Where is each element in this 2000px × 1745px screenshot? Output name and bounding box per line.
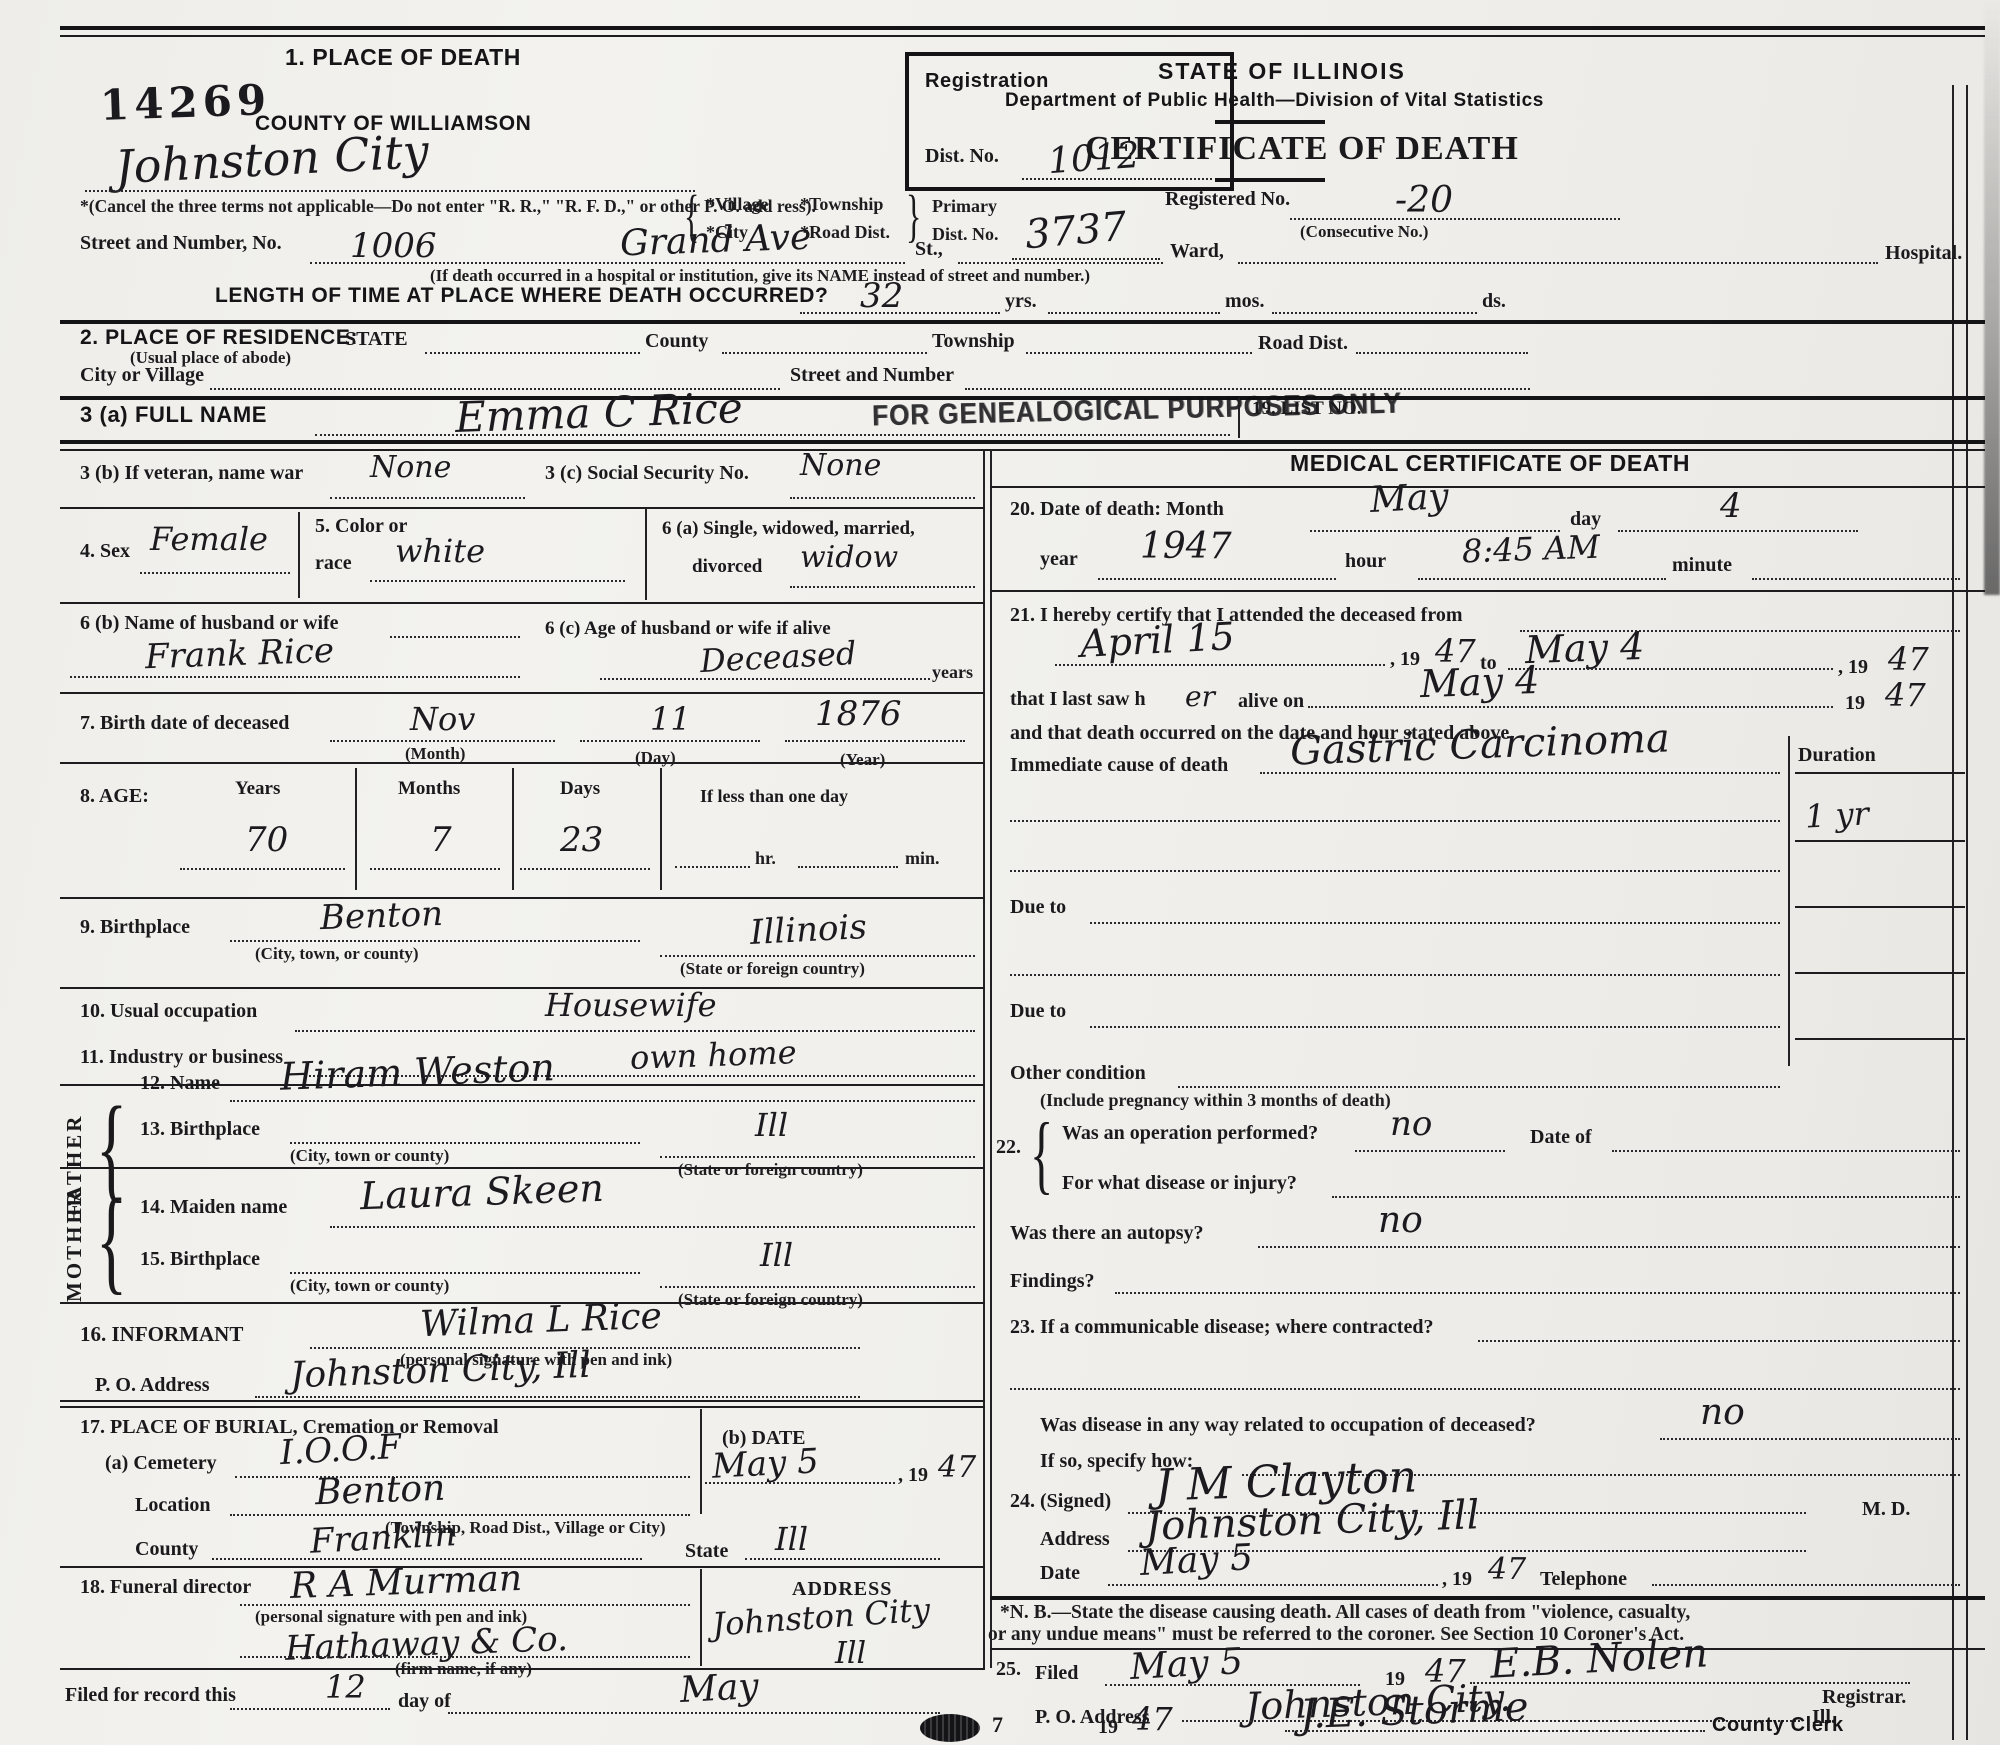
registered-no-value: -20 — [1395, 180, 1453, 221]
rule — [1215, 178, 1325, 182]
dotted-line — [448, 1712, 940, 1714]
dotted-line — [1055, 664, 1385, 666]
cell-divider — [700, 1569, 702, 1666]
residence-street-label: Street and Number — [790, 364, 954, 387]
mother-name-value: Laura Skeen — [359, 1166, 604, 1218]
dotted-line — [660, 1156, 975, 1158]
birthplace-state-note: (State or foreign country) — [680, 959, 865, 979]
birthplace-label: 9. Birthplace — [80, 916, 190, 939]
funeral-director-value: R A Murman — [289, 1558, 522, 1607]
informant-value: Wilma L Rice — [419, 1296, 662, 1345]
due-to-label: Due to — [1010, 896, 1066, 919]
last-saw-post: alive on — [1238, 690, 1304, 713]
dotted-line — [425, 352, 640, 354]
burial-county-value: Franklin — [309, 1514, 457, 1562]
birthplace-state-value: Illinois — [749, 907, 868, 953]
death-minute-label: minute — [1672, 554, 1732, 577]
other-condition-note: (Include pregnancy within 3 months of de… — [1040, 1090, 1391, 1111]
dotted-line — [240, 1604, 690, 1606]
registered-no-label: Registered No. — [1165, 188, 1290, 211]
dotted-line — [1612, 1150, 1960, 1152]
cell-divider — [512, 768, 514, 890]
informant-po-value: Johnston City, Ill — [289, 1345, 591, 1396]
dotted-line — [660, 1286, 975, 1288]
duration-divider — [1788, 736, 1790, 1066]
column-divider — [990, 449, 992, 1668]
length-value: 32 — [860, 276, 903, 316]
dotted-line — [330, 1226, 975, 1228]
rule — [60, 1400, 985, 1402]
medical-title: MEDICAL CERTIFICATE OF DEATH — [1290, 450, 1690, 477]
dotted-line — [1285, 1730, 1705, 1732]
filed-for-record-label: Filed for record this — [65, 1684, 236, 1707]
dotted-line — [1012, 258, 1160, 260]
residence-county-label: County — [645, 330, 708, 353]
age-months-header: Months — [398, 778, 460, 800]
dotted-line — [1090, 1026, 1780, 1028]
dotted-line — [1260, 772, 1780, 774]
rule — [60, 987, 985, 989]
dotted-line — [1652, 1584, 1960, 1586]
hospital-label: Hospital. — [1885, 242, 1962, 265]
rule — [60, 507, 985, 509]
dotted-line — [1290, 218, 1620, 220]
physician-year-prefix: , 19 — [1442, 1568, 1472, 1591]
dotted-line — [1478, 1340, 1960, 1342]
residence-title: 2. PLACE OF RESIDENCE: — [80, 326, 358, 350]
cell-divider — [700, 1409, 702, 1514]
dotted-line — [255, 1396, 860, 1398]
dotted-line — [1098, 578, 1336, 580]
scan-edge-line — [1966, 85, 1968, 1740]
marital-value: widow — [800, 540, 898, 575]
to-year-value: 47 — [1888, 640, 1929, 678]
dotted-line — [240, 1656, 690, 1658]
dotted-line — [520, 868, 650, 870]
findings-label: Findings? — [1010, 1270, 1094, 1293]
dotted-line — [1010, 870, 1780, 872]
spouse-age-value: Deceased — [699, 634, 857, 680]
death-month-value: May — [1369, 476, 1450, 521]
dotted-line — [1356, 352, 1528, 354]
min-label: min. — [905, 848, 940, 869]
age-months-value: 7 — [430, 820, 452, 860]
marital-label: 6 (a) Single, widowed, married, — [662, 518, 915, 540]
cell-divider — [660, 768, 662, 890]
years-label: years — [932, 662, 973, 683]
color-label: 5. Color or — [315, 515, 407, 538]
dotted-line — [1178, 1086, 1780, 1088]
certificate-title: CERTIFICATE OF DEATH — [1085, 130, 1519, 168]
telephone-label: Telephone — [1540, 1568, 1627, 1591]
father-name-value: Hiram Weston — [279, 1045, 555, 1099]
cause-label: Immediate cause of death — [1010, 754, 1228, 777]
residence-city-label: City or Village — [80, 364, 204, 387]
duration-label: Duration — [1798, 744, 1876, 767]
cemetery-label: (a) Cemetery — [105, 1452, 217, 1475]
rule — [1215, 120, 1325, 124]
township-term: *Township — [800, 194, 883, 215]
dotted-line — [660, 955, 975, 957]
occupation-label: 10. Usual occupation — [80, 1000, 257, 1023]
dotted-line — [1238, 262, 1878, 264]
ssn-label: 3 (c) Social Security No. — [545, 462, 749, 485]
duration-value: 1 yr — [1804, 794, 1870, 835]
street-number-label: Street and Number, No. — [80, 232, 282, 255]
mother-birthplace-label: 15. Birthplace — [140, 1248, 260, 1271]
rule — [1795, 772, 1965, 774]
registration-dist-label: Dist. No. — [925, 145, 999, 168]
dotted-line — [295, 1030, 975, 1032]
dotted-line — [1026, 352, 1252, 354]
full-name-value: Emma C Rice — [454, 383, 743, 442]
hospital-note: (If death occurred in a hospital or inst… — [430, 266, 1090, 286]
dotted-line — [290, 1272, 640, 1274]
consecutive-note: (Consecutive No.) — [1300, 222, 1428, 242]
industry-label: 11. Industry or business — [80, 1046, 283, 1069]
dotted-line — [1508, 668, 1833, 670]
dotted-line — [330, 740, 555, 742]
place-of-death-title: 1. PLACE OF DEATH — [285, 44, 521, 71]
county-clerk-label: County Clerk — [1712, 1714, 1844, 1737]
birthplace-city-value: Benton — [319, 894, 443, 938]
rule — [1795, 1038, 1965, 1040]
dotted-line — [580, 740, 760, 742]
residence-state-label: STATE — [345, 328, 408, 351]
rule — [60, 440, 1985, 444]
residence-township-label: Township — [932, 330, 1015, 353]
saw-year-value: 47 — [1885, 676, 1926, 714]
dotted-line — [230, 940, 640, 942]
father-birthplace-label: 13. Birthplace — [140, 1118, 260, 1141]
mother-bp-state-note: (State or foreign country) — [678, 1290, 863, 1310]
dotted-line — [370, 580, 625, 582]
village-term: *Village — [706, 194, 768, 215]
dotted-line — [798, 866, 898, 868]
operation-date-label: Date of — [1530, 1126, 1592, 1149]
dotted-line — [1108, 1584, 1438, 1586]
dotted-line — [212, 1558, 642, 1560]
death-hour-label: hour — [1345, 550, 1386, 573]
dotted-line — [1090, 922, 1780, 924]
birthdate-label: 7. Birth date of deceased — [80, 712, 289, 735]
cell-divider — [645, 508, 647, 600]
birthplace-city-note: (City, town, or county) — [255, 944, 419, 964]
funeral-address-value: Johnston City — [711, 1590, 931, 1643]
dotted-line — [370, 868, 500, 870]
rule — [990, 1596, 1985, 1600]
dotted-line — [790, 497, 975, 499]
industry-value: own home — [629, 1033, 797, 1077]
father-bp-state-note: (State or foreign country) — [678, 1160, 863, 1180]
road-dist-term: *Road Dist. — [800, 222, 890, 243]
column-divider — [983, 449, 985, 1668]
dotted-line — [230, 1708, 390, 1710]
father-bp-city-note: (City, town or county) — [290, 1146, 449, 1166]
residence-road-label: Road Dist. — [1258, 332, 1348, 355]
dotted-line — [1308, 706, 1833, 708]
mother-name-label: 14. Maiden name — [140, 1196, 287, 1219]
city-handwritten: Johnston City — [114, 124, 430, 194]
dotted-line — [140, 572, 290, 574]
printer-emblem-icon — [920, 1714, 980, 1742]
dotted-line — [1660, 1438, 1960, 1440]
physician-address-label: Address — [1040, 1528, 1110, 1551]
rule — [60, 897, 985, 899]
death-certificate-scan: 1. PLACE OF DEATH 14269 COUNTY OF WILLIA… — [0, 0, 2000, 1745]
signed-label: 24. (Signed) — [1010, 1490, 1111, 1513]
dotted-line — [600, 678, 930, 680]
dotted-line — [230, 1100, 975, 1102]
st-label: St., — [915, 238, 943, 261]
burial-year-value: 47 — [938, 1450, 976, 1485]
rule — [60, 26, 1985, 30]
mother-bp-city-note: (City, town or county) — [290, 1276, 449, 1296]
dotted-line — [745, 1558, 940, 1560]
md-label: M. D. — [1862, 1498, 1910, 1521]
last-saw-value: May 4 — [1419, 658, 1540, 706]
dotted-line — [785, 740, 965, 742]
occupation-related-answer: no — [1700, 1392, 1745, 1433]
rule — [60, 1668, 985, 1670]
cell-divider — [355, 768, 357, 890]
certificate-number: 14269 — [99, 75, 272, 130]
burial-county-label: County — [135, 1538, 198, 1561]
day-note: (Day) — [635, 748, 676, 768]
cell-divider — [298, 512, 300, 598]
list-no-label: 19. LIST NO. — [1252, 398, 1361, 420]
dotted-line — [1048, 312, 1220, 314]
burial-state-value: Ill — [775, 1520, 808, 1558]
clerk-year-prefix: 19 — [1098, 1716, 1118, 1739]
dotted-line — [1272, 312, 1477, 314]
month-note: (Month) — [405, 744, 465, 764]
sex-label: 4. Sex — [80, 540, 130, 563]
other-condition-label: Other condition — [1010, 1062, 1146, 1085]
filed-date-value: May 5 — [1129, 1641, 1244, 1688]
filed-label: Filed — [1035, 1662, 1078, 1685]
dotted-line — [790, 586, 975, 588]
death-hour-value: 8:45 AM — [1461, 528, 1600, 571]
rule — [60, 762, 985, 764]
husband-value: Frank Rice — [144, 631, 334, 678]
nb-note-line1: *N. B.—State the disease causing death. … — [1000, 1602, 1690, 1624]
dotted-line — [1355, 1150, 1505, 1152]
burial-state-label: State — [685, 1540, 728, 1563]
dotted-line — [235, 1476, 690, 1478]
death-year-value: 1947 — [1140, 526, 1232, 567]
mother-side-label: MOTHER — [62, 1178, 87, 1302]
autopsy-answer: no — [1378, 1200, 1423, 1241]
veteran-value: None — [370, 450, 451, 485]
dotted-line — [1010, 974, 1780, 976]
divider — [1238, 398, 1240, 438]
dotted-line — [675, 866, 750, 868]
dotted-line — [180, 868, 345, 870]
last-saw-pre: that I last saw h — [1010, 688, 1146, 711]
dotted-line — [330, 497, 525, 499]
father-bp-state-value: Ill — [755, 1106, 788, 1144]
physician-date-label: Date — [1040, 1562, 1080, 1585]
to-year-prefix: , 19 — [1838, 656, 1868, 679]
age-years-header: Years — [235, 778, 280, 800]
occupation-related-question: Was disease in any way related to occupa… — [1040, 1414, 1536, 1437]
dotted-line — [1618, 530, 1858, 532]
saw-year-prefix: 19 — [1845, 692, 1865, 715]
dotted-line — [230, 1514, 690, 1516]
mos-label: mos. — [1225, 290, 1264, 313]
funeral-address-state: Ill — [835, 1636, 866, 1671]
dotted-line — [1258, 1246, 1960, 1248]
cemetery-value: I.O.O.F — [279, 1427, 402, 1473]
operation-question: Was an operation performed? — [1062, 1122, 1318, 1145]
veteran-label: 3 (b) If veteran, name war — [80, 462, 303, 485]
rule — [60, 1566, 985, 1568]
hr-label: hr. — [755, 848, 776, 869]
ward-label: Ward, — [1170, 240, 1224, 263]
marital-label2: divorced — [692, 556, 762, 578]
dept-title: Department of Public Health—Division of … — [1005, 90, 1544, 112]
rule — [60, 35, 1985, 37]
dotted-line — [958, 262, 1163, 264]
age-label: 8. AGE: — [80, 785, 149, 808]
birth-year-value: 1876 — [815, 694, 902, 734]
attended-from-value: April 15 — [1079, 614, 1236, 666]
occupation-value: Housewife — [545, 986, 717, 1024]
primary-dist-value: 3737 — [1023, 204, 1128, 259]
primary-label: Primary — [932, 196, 997, 217]
location-value: Benton — [314, 1468, 446, 1514]
age-less-header: If less than one day — [700, 786, 848, 807]
dotted-line — [705, 1482, 895, 1484]
death-day-value: 4 — [1720, 486, 1742, 526]
dotted-line — [1752, 578, 1960, 580]
last-saw-er: er — [1185, 680, 1215, 713]
brace-icon: { — [1030, 1104, 1053, 1205]
yrs-label: yrs. — [1005, 290, 1037, 313]
dotted-line — [1010, 1388, 1960, 1390]
death-year-label: year — [1040, 548, 1078, 571]
ds-label: ds. — [1482, 290, 1506, 313]
filed-num: 25. — [996, 1658, 1021, 1681]
mother-bp-state-value: Ill — [760, 1236, 793, 1274]
due-to-label2: Due to — [1010, 1000, 1066, 1023]
rule — [990, 486, 1985, 488]
birth-day-value: 11 — [650, 700, 691, 738]
rule — [60, 320, 1985, 324]
dotted-line — [1418, 578, 1666, 580]
operation-num: 22. — [996, 1136, 1021, 1159]
dotted-line — [85, 190, 695, 192]
funeral-director-label: 18. Funeral director — [80, 1576, 251, 1599]
informant-po-label: P. O. Address — [95, 1374, 209, 1397]
dotted-line — [1470, 1682, 1910, 1684]
rule — [60, 1406, 985, 1408]
dotted-line — [390, 636, 520, 638]
burial-year-prefix: , 19 — [898, 1464, 928, 1487]
filed-day-value: 12 — [325, 1668, 366, 1706]
age-years-value: 70 — [245, 820, 288, 860]
dotted-line — [315, 434, 1230, 436]
color-label2: race — [315, 552, 352, 575]
dotted-line — [722, 352, 927, 354]
rule — [990, 590, 1985, 592]
burial-date-value: May 5 — [711, 1441, 820, 1487]
dotted-line — [290, 1142, 640, 1144]
dotted-line — [1010, 820, 1780, 822]
street-no-value: 1006 — [350, 226, 437, 266]
certify-line1: 21. I hereby certify that I attended the… — [1010, 604, 1463, 627]
state-title: STATE OF ILLINOIS — [1158, 58, 1406, 85]
autopsy-question: Was there an autopsy? — [1010, 1222, 1204, 1245]
scan-edge-shadow — [1984, 0, 2000, 595]
color-value: white — [395, 532, 485, 570]
age-days-header: Days — [560, 778, 600, 800]
day-of-label: day of — [398, 1690, 451, 1713]
rule — [1795, 906, 1965, 908]
ssn-value: None — [800, 448, 881, 483]
communicable-question: 23. If a communicable disease; where con… — [1010, 1316, 1433, 1339]
emblem-number: 7 — [992, 1712, 1003, 1738]
informant-label: 16. INFORMANT — [80, 1322, 243, 1347]
physician-year-value: 47 — [1488, 1552, 1526, 1587]
dotted-line — [1115, 1292, 1960, 1294]
date-of-death-label: 20. Date of death: Month — [1010, 498, 1224, 521]
year-note: (Year) — [840, 750, 885, 770]
rule — [1795, 972, 1965, 974]
filed-month-value: May — [679, 1666, 760, 1711]
scan-edge-line — [1952, 85, 1954, 1740]
dotted-line — [1332, 1196, 1960, 1198]
street-name-value: Grand Ave — [619, 217, 812, 265]
operation-answer: no — [1390, 1104, 1432, 1144]
age-days-value: 23 — [560, 820, 603, 860]
full-name-label: 3 (a) FULL NAME — [80, 402, 267, 428]
rule — [60, 449, 1985, 451]
brace-icon: { — [96, 1172, 127, 1308]
length-of-time-label: LENGTH OF TIME AT PLACE WHERE DEATH OCCU… — [215, 284, 828, 308]
location-label: Location — [135, 1494, 211, 1517]
disease-injury-question: For what disease or injury? — [1062, 1172, 1297, 1195]
clerk-year-value: 47 — [1132, 1700, 1173, 1738]
physician-date-value: May 5 — [1139, 1537, 1254, 1584]
sex-value: Female — [150, 520, 268, 558]
attended-to-value: May 4 — [1524, 624, 1645, 672]
rule — [60, 602, 985, 604]
dotted-line — [70, 676, 520, 678]
rule — [1795, 840, 1965, 842]
from-year-prefix: , 19 — [1390, 648, 1420, 671]
father-name-label: 12. Name — [140, 1072, 220, 1095]
birth-month-value: Nov — [410, 700, 475, 738]
